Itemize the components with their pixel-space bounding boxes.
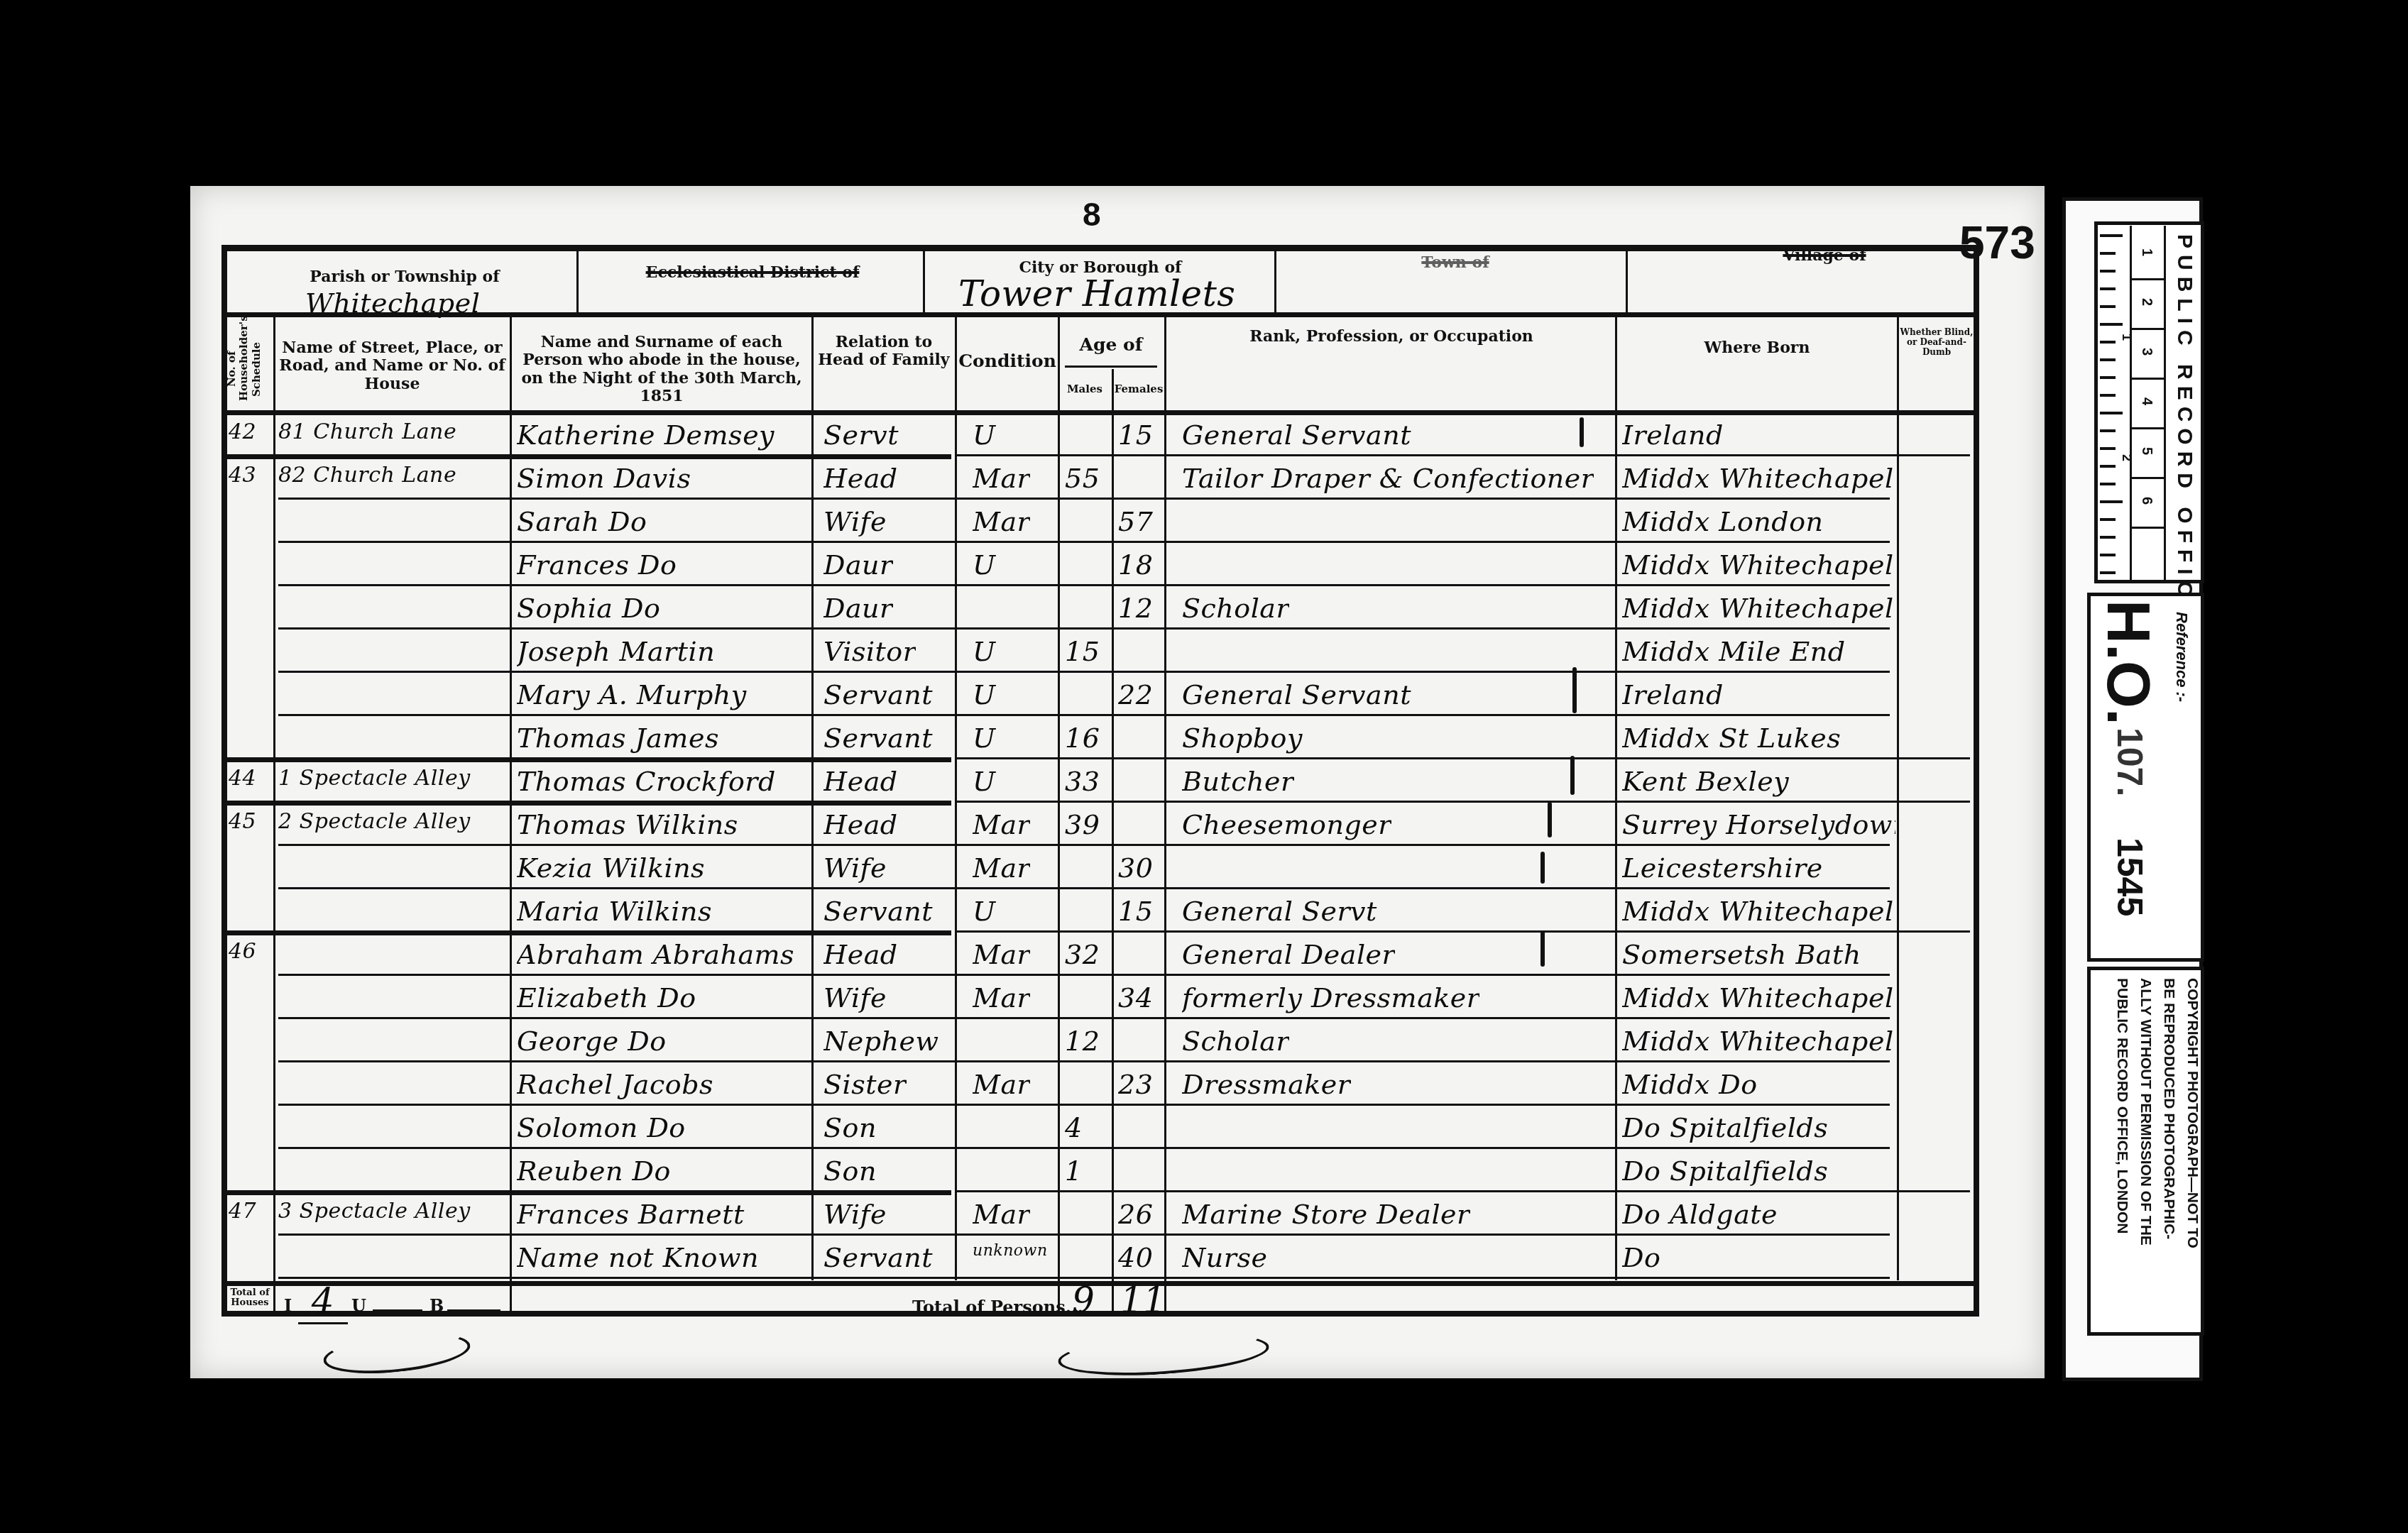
relation-to-head: Servt bbox=[823, 419, 899, 451]
divider bbox=[2130, 328, 2164, 330]
female-age: 15 bbox=[1118, 419, 1153, 451]
marital-condition: U bbox=[973, 722, 996, 754]
row-rule bbox=[278, 844, 1890, 846]
col-header-relation: Relation to Head of Family bbox=[816, 334, 951, 370]
birthplace: Ireland bbox=[1622, 679, 1724, 710]
male-age: 33 bbox=[1065, 766, 1100, 797]
male-age: 15 bbox=[1065, 636, 1100, 667]
divider bbox=[2130, 378, 2164, 380]
person-name: Sarah Do bbox=[517, 506, 647, 537]
row-rule bbox=[227, 801, 951, 806]
divider bbox=[221, 410, 1979, 415]
person-name: Abraham Abrahams bbox=[517, 939, 794, 970]
divider bbox=[2164, 226, 2166, 581]
schedule-number: 42 bbox=[229, 419, 256, 444]
row-rule bbox=[278, 498, 1890, 500]
marital-condition: U bbox=[973, 766, 996, 797]
male-age: 32 bbox=[1065, 939, 1100, 970]
schedule-number: 43 bbox=[229, 463, 256, 488]
relation-to-head: Head bbox=[823, 939, 898, 970]
copyright-line-1: COPYRIGHT PHOTOGRAPH—NOT TO bbox=[2185, 978, 2200, 1248]
total-males: 9 bbox=[1072, 1280, 1095, 1321]
person-name: Frances Barnett bbox=[517, 1199, 745, 1230]
ruler-tick bbox=[2100, 341, 2116, 344]
col-header-condition: Condition bbox=[958, 351, 1056, 372]
total-females: 11 bbox=[1120, 1280, 1166, 1321]
relation-to-head: Servant bbox=[823, 679, 933, 710]
relation-to-head: Wife bbox=[823, 506, 887, 537]
relation-to-head: Son bbox=[823, 1155, 877, 1187]
divider bbox=[1274, 248, 1276, 314]
divider bbox=[1897, 315, 1899, 1280]
inhabited-prefix: I bbox=[284, 1295, 292, 1316]
uninhabited-prefix: U bbox=[351, 1295, 366, 1316]
birthplace: Do bbox=[1622, 1242, 1660, 1273]
row-rule bbox=[955, 801, 1970, 803]
occupation: Tailor Draper & Confectioner bbox=[1182, 463, 1594, 494]
person-name: Solomon Do bbox=[517, 1112, 686, 1143]
reference-label: Reference :- bbox=[2172, 612, 2191, 702]
parish-value: Whitechapel bbox=[305, 287, 480, 319]
folio-number: 8 bbox=[1083, 195, 1101, 233]
ruler-cm-label: 5 bbox=[2138, 447, 2155, 455]
row-rule bbox=[227, 1190, 951, 1195]
street-address: 2 Spectacle Alley bbox=[278, 809, 471, 834]
relation-to-head: Sister bbox=[823, 1069, 907, 1100]
person-name: Joseph Martin bbox=[517, 636, 715, 667]
inhabited-count: 4 bbox=[298, 1281, 348, 1324]
birthplace: Middx Whitechapel bbox=[1622, 896, 1894, 927]
row-rule bbox=[278, 1277, 1890, 1279]
male-age: 4 bbox=[1065, 1112, 1083, 1143]
female-age: 18 bbox=[1118, 549, 1153, 581]
person-name: Reuben Do bbox=[517, 1155, 671, 1187]
divider bbox=[2130, 278, 2164, 280]
male-age: 16 bbox=[1065, 722, 1100, 754]
marital-condition: Mar bbox=[973, 1199, 1030, 1230]
person-name: Kezia Wilkins bbox=[517, 852, 705, 884]
marital-condition: U bbox=[973, 896, 996, 927]
marital-condition: U bbox=[973, 549, 996, 581]
person-name: Thomas Wilkins bbox=[517, 809, 738, 840]
relation-to-head: Wife bbox=[823, 852, 887, 884]
relation-to-head: Wife bbox=[823, 982, 887, 1013]
schedule-number: 46 bbox=[229, 939, 256, 964]
female-age: 40 bbox=[1118, 1242, 1153, 1273]
female-age: 12 bbox=[1118, 593, 1153, 624]
col-header-where-born: Where Born bbox=[1619, 339, 1895, 357]
male-age: 55 bbox=[1065, 463, 1100, 494]
ruler-tick bbox=[2100, 447, 2116, 450]
relation-to-head: Daur bbox=[823, 593, 893, 624]
ruler-tick bbox=[2100, 305, 2116, 308]
schedule-number: 45 bbox=[229, 809, 256, 834]
occupation: Scholar bbox=[1182, 1026, 1289, 1057]
occupation: Cheesemonger bbox=[1182, 809, 1391, 840]
occupation: Nurse bbox=[1182, 1242, 1267, 1273]
marital-condition: U bbox=[973, 636, 996, 667]
occupation: Scholar bbox=[1182, 593, 1289, 624]
divider bbox=[273, 315, 275, 1316]
birthplace: Middx Mile End bbox=[1622, 636, 1846, 667]
street-address: 3 Spectacle Alley bbox=[278, 1199, 471, 1224]
reference-item: 1545 bbox=[2112, 837, 2147, 916]
occupation: General Dealer bbox=[1182, 939, 1395, 970]
birthplace: Middx Whitechapel bbox=[1622, 549, 1894, 581]
tally-mark bbox=[1540, 931, 1545, 967]
divider bbox=[1164, 315, 1166, 1316]
row-rule bbox=[278, 541, 1890, 543]
tally-mark bbox=[1570, 756, 1575, 795]
reference-series: H.O. bbox=[2098, 600, 2159, 725]
marital-condition: Mar bbox=[973, 463, 1030, 494]
ruler-tick bbox=[2100, 465, 2116, 468]
birthplace: Middx London bbox=[1622, 506, 1824, 537]
occupation: Shopboy bbox=[1182, 722, 1303, 754]
female-age: 26 bbox=[1118, 1199, 1153, 1230]
tally-mark bbox=[1580, 417, 1584, 447]
divider bbox=[2130, 427, 2164, 429]
row-rule bbox=[278, 974, 1890, 976]
archive-title: PUBLIC RECORD OFFICE bbox=[2172, 234, 2196, 623]
relation-to-head: Head bbox=[823, 766, 898, 797]
relation-to-head: Daur bbox=[823, 549, 893, 581]
row-rule bbox=[955, 454, 1970, 456]
ruler-cm-label: 2 bbox=[2138, 298, 2155, 306]
ruler-tick bbox=[2100, 358, 2116, 361]
row-rule bbox=[278, 887, 1890, 889]
person-name: Elizabeth Do bbox=[517, 982, 696, 1013]
ruler-tick bbox=[2100, 554, 2116, 556]
birthplace: Do Spitalfields bbox=[1622, 1155, 1828, 1187]
divider bbox=[2130, 527, 2164, 529]
building-count bbox=[447, 1309, 500, 1312]
col-header-females: Females bbox=[1113, 383, 1164, 395]
ruler-tick bbox=[2100, 376, 2116, 379]
ruler-tick bbox=[2100, 483, 2116, 485]
ruler-tick bbox=[2100, 536, 2116, 539]
street-address: 81 Church Lane bbox=[278, 419, 456, 444]
uninhabited-count bbox=[373, 1309, 422, 1312]
occupation: Marine Store Dealer bbox=[1182, 1199, 1470, 1230]
col-header-name: Name and Surname of each Person who abod… bbox=[513, 334, 811, 405]
row-rule bbox=[278, 584, 1890, 586]
village-label: Village of bbox=[1718, 247, 1931, 265]
female-age: 22 bbox=[1118, 679, 1153, 710]
col-header-occupation: Rank, Profession, or Occupation bbox=[1207, 328, 1576, 346]
divider bbox=[2130, 477, 2164, 479]
divider bbox=[1615, 315, 1617, 1280]
schedule-number: 47 bbox=[229, 1199, 256, 1224]
col-header-street: Name of Street, Place, or Road, and Name… bbox=[277, 339, 508, 393]
tally-mark bbox=[1540, 852, 1545, 884]
male-age: 1 bbox=[1065, 1155, 1083, 1187]
divider bbox=[811, 315, 814, 1280]
person-name: Katherine Demsey bbox=[517, 419, 775, 451]
divider bbox=[1058, 315, 1060, 1316]
divider bbox=[923, 248, 925, 314]
occupation: Butcher bbox=[1182, 766, 1294, 797]
total-houses-label: Total of Houses bbox=[229, 1288, 271, 1309]
ruler-tick bbox=[2100, 429, 2116, 432]
row-rule bbox=[278, 627, 1890, 630]
schedule-number: 44 bbox=[229, 766, 256, 791]
birthplace: Somersetsh Bath bbox=[1622, 939, 1861, 970]
relation-to-head: Visitor bbox=[823, 636, 916, 667]
birthplace: Surrey Horselydown bbox=[1622, 809, 1895, 840]
copyright-line-2: BE REPRODUCED PHOTOGRAPHIC- bbox=[2162, 978, 2177, 1239]
person-name: Rachel Jacobs bbox=[517, 1069, 713, 1100]
female-age: 34 bbox=[1118, 982, 1153, 1013]
ruler-tick bbox=[2100, 394, 2116, 397]
col-header-age-of: Age of bbox=[1059, 335, 1163, 356]
parish-label: Parish or Township of bbox=[234, 268, 575, 286]
row-rule bbox=[227, 454, 951, 459]
person-name: Frances Do bbox=[517, 549, 677, 581]
female-age: 57 bbox=[1118, 506, 1153, 537]
ruler-cm-label: 4 bbox=[2138, 397, 2155, 405]
ruler-cm-label: 1 bbox=[2138, 248, 2155, 256]
tally-mark bbox=[1572, 667, 1577, 713]
row-rule bbox=[227, 757, 951, 762]
birthplace: Leicestershire bbox=[1622, 852, 1823, 884]
birthplace: Middx Whitechapel bbox=[1622, 593, 1894, 624]
relation-to-head: Servant bbox=[823, 1242, 933, 1273]
occupation: Dressmaker bbox=[1182, 1069, 1351, 1100]
row-rule bbox=[278, 1060, 1890, 1062]
occupation: General Servant bbox=[1182, 419, 1411, 451]
divider bbox=[576, 248, 579, 314]
ruler-tick bbox=[2100, 500, 2123, 503]
divider bbox=[510, 315, 512, 1316]
birthplace: Kent Bexley bbox=[1622, 766, 1789, 797]
row-rule bbox=[278, 671, 1890, 673]
marital-condition: Mar bbox=[973, 852, 1030, 884]
copyright-line-4: PUBLIC RECORD OFFICE, LONDON bbox=[2115, 978, 2130, 1234]
ruler-cm-label: 3 bbox=[2138, 348, 2155, 356]
row-rule bbox=[955, 930, 1970, 933]
row-rule bbox=[278, 1147, 1890, 1149]
marital-condition: U bbox=[973, 679, 996, 710]
relation-to-head: Servant bbox=[823, 896, 933, 927]
divider bbox=[1112, 369, 1114, 1316]
birthplace: Middx Whitechapel bbox=[1622, 982, 1894, 1013]
ruler-tick bbox=[2100, 412, 2123, 414]
col-header-males: Males bbox=[1059, 383, 1110, 395]
marital-condition: unknown bbox=[973, 1242, 1048, 1260]
female-age: 15 bbox=[1118, 896, 1153, 927]
tally-mark bbox=[1548, 802, 1552, 837]
ruler-tick bbox=[2100, 323, 2123, 326]
ruler-tick bbox=[2100, 270, 2116, 273]
ecclesiastical-district-label: Ecclesiastical District of bbox=[603, 264, 902, 282]
birthplace: Middx Whitechapel bbox=[1622, 1026, 1894, 1057]
relation-to-head: Nephew bbox=[823, 1026, 939, 1057]
birthplace: Middx Do bbox=[1622, 1069, 1758, 1100]
ruler-inch-label: 2 bbox=[2119, 454, 2134, 461]
divider bbox=[221, 1281, 1979, 1286]
occupation: General Servant bbox=[1182, 679, 1411, 710]
marital-condition: Mar bbox=[973, 939, 1030, 970]
city-borough-value: Tower Hamlets bbox=[958, 273, 1235, 314]
row-rule bbox=[227, 930, 951, 935]
person-name: Simon Davis bbox=[517, 463, 691, 494]
col-header-schedule: No. of Householder's Schedule bbox=[226, 337, 271, 401]
ruler-tick bbox=[2100, 287, 2116, 290]
male-age: 39 bbox=[1065, 809, 1100, 840]
person-name: Thomas Crockford bbox=[517, 766, 776, 797]
ruler-tick bbox=[2100, 518, 2116, 521]
person-name: Maria Wilkins bbox=[517, 896, 712, 927]
col-header-blind: Whether Blind, or Deaf-and-Dumb bbox=[1900, 328, 1974, 357]
relation-to-head: Wife bbox=[823, 1199, 887, 1230]
person-name: Sophia Do bbox=[517, 593, 660, 624]
ruler-cm-label: 6 bbox=[2138, 497, 2155, 505]
row-rule bbox=[955, 757, 1970, 759]
birthplace: Do Spitalfields bbox=[1622, 1112, 1828, 1143]
female-age: 23 bbox=[1118, 1069, 1153, 1100]
street-address: 82 Church Lane bbox=[278, 463, 456, 488]
reference-piece: 107. bbox=[2112, 727, 2147, 796]
building-prefix: B bbox=[429, 1295, 444, 1316]
town-label: Town of bbox=[1349, 254, 1562, 272]
relation-to-head: Head bbox=[823, 463, 898, 494]
marital-condition: Mar bbox=[973, 1069, 1030, 1100]
relation-to-head: Son bbox=[823, 1112, 877, 1143]
row-rule bbox=[955, 1190, 1970, 1192]
person-name: Mary A. Murphy bbox=[517, 679, 747, 710]
ruler-tick bbox=[2100, 252, 2116, 255]
ruler-tick bbox=[2100, 234, 2123, 237]
relation-to-head: Servant bbox=[823, 722, 933, 754]
marital-condition: U bbox=[973, 419, 996, 451]
marital-condition: Mar bbox=[973, 506, 1030, 537]
ruler-inch-label: 1 bbox=[2119, 334, 2134, 341]
row-rule bbox=[278, 714, 1890, 716]
birthplace: Middx Whitechapel bbox=[1622, 463, 1894, 494]
marital-condition: Mar bbox=[973, 809, 1030, 840]
occupation: General Servt bbox=[1182, 896, 1377, 927]
total-persons-label: Total of Persons... bbox=[912, 1297, 1083, 1317]
birthplace: Ireland bbox=[1622, 419, 1724, 451]
marital-condition: Mar bbox=[973, 982, 1030, 1013]
person-name: George Do bbox=[517, 1026, 667, 1057]
row-rule bbox=[278, 1233, 1890, 1236]
female-age: 30 bbox=[1118, 852, 1153, 884]
divider bbox=[955, 315, 957, 1280]
person-name: Name not Known bbox=[517, 1242, 759, 1273]
ruler-tick bbox=[2100, 571, 2116, 574]
divider bbox=[1626, 248, 1628, 314]
copyright-line-3: ALLY WITHOUT PERMISSION OF THE bbox=[2138, 978, 2153, 1246]
street-address: 1 Spectacle Alley bbox=[278, 766, 471, 791]
divider bbox=[1065, 366, 1157, 368]
birthplace: Do Aldgate bbox=[1622, 1199, 1778, 1230]
male-age: 12 bbox=[1065, 1026, 1100, 1057]
occupation: formerly Dressmaker bbox=[1182, 982, 1479, 1013]
row-rule bbox=[278, 1017, 1890, 1019]
birthplace: Middx St Lukes bbox=[1622, 722, 1841, 754]
person-name: Thomas James bbox=[517, 722, 719, 754]
relation-to-head: Head bbox=[823, 809, 898, 840]
row-rule bbox=[278, 1104, 1890, 1106]
